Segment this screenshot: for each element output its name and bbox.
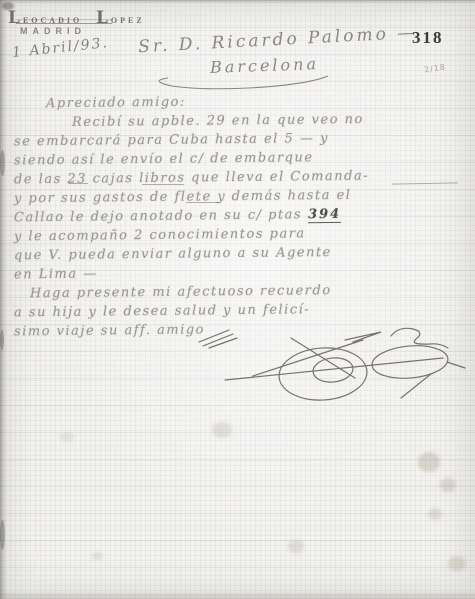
stain — [60, 432, 74, 442]
paper-edge-notch — [0, 330, 4, 350]
amount-pesetas: 394 — [308, 207, 341, 223]
letterhead-name-first: Leocadio — [8, 8, 82, 28]
paper-edge-notch — [0, 150, 5, 176]
paper-bottom-edge — [0, 591, 475, 599]
stain — [92, 552, 102, 560]
letterhead-name: Leocadio Lopez — [8, 8, 153, 28]
paper-edge-notch — [0, 520, 5, 550]
corner-smudge — [2, 2, 14, 10]
stain — [448, 556, 466, 571]
stain — [212, 422, 232, 438]
scanned-letter-page: Leocadio Lopez MADRID 1 Abril/93. Sr. D.… — [0, 0, 475, 599]
underline-flete — [186, 202, 220, 203]
underline-23 — [68, 183, 88, 184]
stain — [418, 452, 440, 472]
body-line: Callao le dejo anotado en su c/ ptas — [14, 207, 302, 225]
pencil-annotation: 2/18 — [423, 63, 446, 75]
underline-libros — [142, 184, 184, 185]
page-number: 318 — [412, 28, 444, 48]
paper-left-edge — [0, 0, 7, 599]
stain — [288, 540, 304, 553]
signature-rubric — [195, 318, 470, 403]
stain — [428, 508, 442, 520]
paper-top-edge — [0, 0, 475, 4]
addressee-name: Sr. D. Ricardo Palomo — — [138, 23, 418, 58]
letterhead: Leocadio Lopez — [8, 8, 153, 28]
stain — [440, 478, 456, 492]
letter-date: 1 Abril/93. — [11, 35, 109, 61]
letterhead-name-last: Lopez — [96, 8, 145, 28]
letterhead-rule — [16, 19, 112, 24]
letterhead-city: MADRID — [20, 26, 86, 36]
letter-body: Apreciado amigo: Recibí su apble. 29 en … — [14, 92, 464, 339]
